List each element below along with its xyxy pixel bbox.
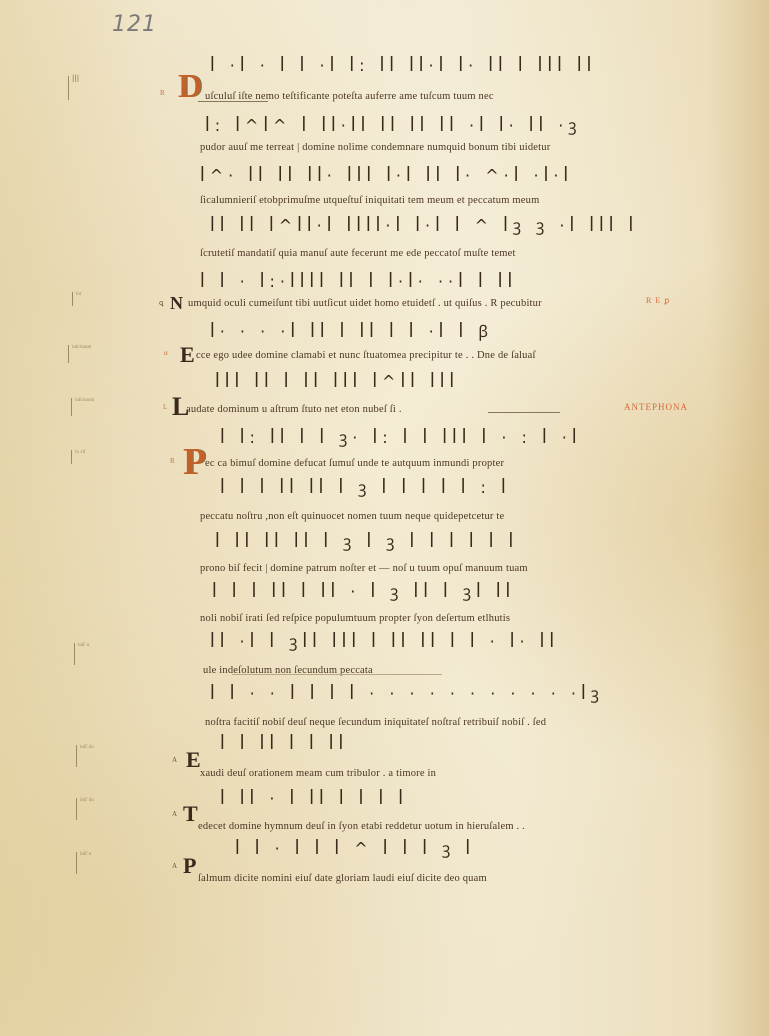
rubric-cue: R (160, 90, 165, 97)
text-line: noli nobiſ irati ſed reſpice populumtuum… (200, 612, 745, 626)
margin-note-text: inſc̄ ūn (80, 745, 94, 750)
neume-row: ꟾ ꟾ · ꟾ:·ꟾꟾꟾꟾ ꟾꟾ ꟾ ꟾ·ꟾ· ··ꟾ ꟾ ꟾꟾ (200, 268, 760, 296)
text-line: edecet domine hymnum deuſ in ſyon etabi … (198, 820, 743, 834)
text-line: uſculuſ iſte nemo teſtificante poteſta a… (205, 90, 750, 104)
rubric-cue: L (163, 404, 167, 411)
rubric-cue: A (172, 757, 177, 764)
margin-note-text: inſcriuum (75, 398, 94, 403)
text-line: noſtra facitiſ nobiſ deuſ neque ſecundum… (205, 716, 750, 730)
margin-note: inſc̄ ūn (76, 745, 94, 767)
neume-row: ꟾ ꟾ ꟾ ꟾꟾ ꟾꟾ ꟾ ꝫ ꟾ ꟾ ꟾ ꟾ ꟾ : ꟾ (220, 474, 769, 502)
margin-note-text: lor (76, 292, 82, 297)
text-line: ſicalumnieriſ etobprimuſme utqueſtuſ ini… (200, 194, 745, 208)
text-line: prono biſ fecit | domine patrum noſter e… (200, 562, 745, 576)
margin-note: in xiſ (71, 450, 85, 464)
neume-row: ꟾꟾ ·ꟾ ꟾ ꝫꟾꟾ ꟾꟾꟾ ꟾ ꟾꟾ ꟾꟾ ꟾ ꟾ · ꟾ· ꟾꟾ (210, 628, 769, 656)
margin-note: inſcriuum (68, 345, 91, 363)
neume-row: ꟾ ꟾꟾ ꟾꟾ ꟾꟾ ꟾ ꝫ ꟾ ꝫ ꟾ ꟾ ꟾ ꟾ ꟾ ꟾ (215, 528, 769, 556)
text-line: ſcrutetiſ mandatiſ quia manuſ aute fecer… (200, 247, 745, 261)
rubric-antiphon: ANTEPHONA (624, 402, 688, 412)
margin-note: inſc̄ u (74, 643, 89, 665)
text-line: pudor auuſ me terreat | domine nolime co… (200, 141, 745, 155)
initial-e: E (180, 344, 195, 366)
neume-row: ꟾ^· ꟾꟾ ꟾꟾ ꟾꟾ· ꟾꟾꟾ ꟾ·ꟾ ꟾꟾ ꟾ· ^·ꟾ ·ꟾ·ꟾ (200, 162, 760, 190)
text-line: cce ego udee domine clamabi et nunc ſtua… (196, 349, 741, 363)
margin-note-text: inſc̄ ūn (80, 798, 94, 803)
neume-row: ꟾꟾ ꟾꟾ ꟾ^ꟾꟾ·ꟾ ꟾꟾꟾꟾ·ꟾ ꟾ·ꟾ ꟾ ^ ꟾꝫ ꝫ ·ꟾ ꟾꟾꟾ … (210, 212, 769, 240)
illuminated-initial-p: P (183, 443, 206, 481)
neume-row: ꟾ ꟾ · · ꟾ ꟾ ꟾ ꟾ · · · · · · · · · · ·ꟾꝫ (210, 680, 769, 708)
rubric-red-mark: R E ꝑ (646, 296, 670, 305)
margin-note-text: ꟾꟾꟾ (72, 75, 79, 84)
extender-line (198, 101, 268, 102)
initial-e: E (186, 749, 201, 771)
rubric-cue: α (164, 350, 168, 357)
extender-line (232, 674, 442, 675)
margin-note: inſc̄ ūn (76, 798, 94, 820)
rubric-cue: A (172, 863, 177, 870)
neume-row: ꟾ ꟾ · ꟾ ꟾ ꟾ ^ ꟾ ꟾ ꟾ ꝫ ꟾ (235, 835, 769, 863)
margin-note: inſcriuum (71, 398, 94, 416)
margin-note: lor (72, 292, 82, 306)
manuscript-page: 121 ꟾꟾꟾ lor inſcriuum inſcriuum in xiſ i… (0, 0, 769, 1036)
neume-row: ꟾ ·ꟾ · ꟾ ꟾ ·ꟾ ꟾ: ꟾꟾ ꟾꟾ·ꟾ ꟾ· ꟾꟾ ꟾ ꟾꟾꟾ ꟾꟾ (210, 52, 769, 80)
illuminated-initial-d: D (178, 70, 203, 104)
neume-row: ꟾ ꟾ ꟾ ꟾꟾ ꟾ ꟾꟾ · ꟾ ꝫ ꟾꟾ ꟾ ꝫꟾ ꟾꟾ (212, 578, 769, 606)
text-line: ec ca bimuſ domine defucat ſumuſ unde te… (205, 457, 750, 471)
text-line: peccatu noſtru ,non eſt quinuocet nomen … (200, 510, 745, 524)
neume-row: ꟾ: ꟾ^ꟾ^ ꟾ ꟾꟾ·ꟾꟾ ꟾꟾ ꟾꟾ ꟾꟾ ·ꟾ ꟾ· ꟾꟾ ·ꝫ (205, 112, 765, 140)
initial-n: N (170, 294, 183, 312)
rubric-cue: R (170, 458, 175, 465)
rubric-cue: A (172, 811, 177, 818)
margin-note-text: inſc̄ u (78, 643, 89, 648)
neume-row: ꟾ· · · ·ꟾ ꟾꟾ ꟾ ꟾꟾ ꟾ ꟾ ·ꟾ ꟾ ꞵ (210, 318, 769, 346)
extender-line (488, 412, 560, 413)
margin-note: ꟾꟾꟾ (68, 76, 79, 100)
text-line: xaudi deuſ orationem meam cum tribulor .… (200, 767, 745, 781)
margin-note-text: inſcriuum (72, 345, 91, 350)
margin-note-text: inſc̄ u (80, 852, 91, 857)
margin-note: inſc̄ u (76, 852, 91, 874)
neume-row: ꟾꟾꟾ ꟾꟾ ꟾ ꟾꟾ ꟾꟾꟾ ꟾ^ꟾꟾ ꟾꟾꟾ (215, 368, 769, 396)
rubric-cue: ꝗ (159, 300, 163, 307)
initial-t: T (183, 803, 198, 825)
margin-note-text: in xiſ (75, 450, 85, 455)
neume-row: ꟾ ꟾ: ꟾꟾ ꟾ ꟾ ꝫ· ꟾ: ꟾ ꟾ ꟾꟾꟾ ꟾ · : ꟾ ·ꟾ (220, 424, 769, 452)
initial-p: P (183, 855, 196, 877)
text-line: ſalmum dicite nomini eiuſ date gloriam l… (198, 872, 743, 886)
neume-row: ꟾ ꟾꟾ · ꟾ ꟾꟾ ꟾ ꟾ ꟾ ꟾ (220, 785, 769, 813)
neume-row: ꟾ ꟾ ꟾꟾ ꟾ ꟾ ꟾꟾ (220, 730, 769, 758)
folio-number: 121 (112, 12, 157, 37)
text-line: ule indeſolutum non ſecundum peccata (203, 664, 748, 678)
